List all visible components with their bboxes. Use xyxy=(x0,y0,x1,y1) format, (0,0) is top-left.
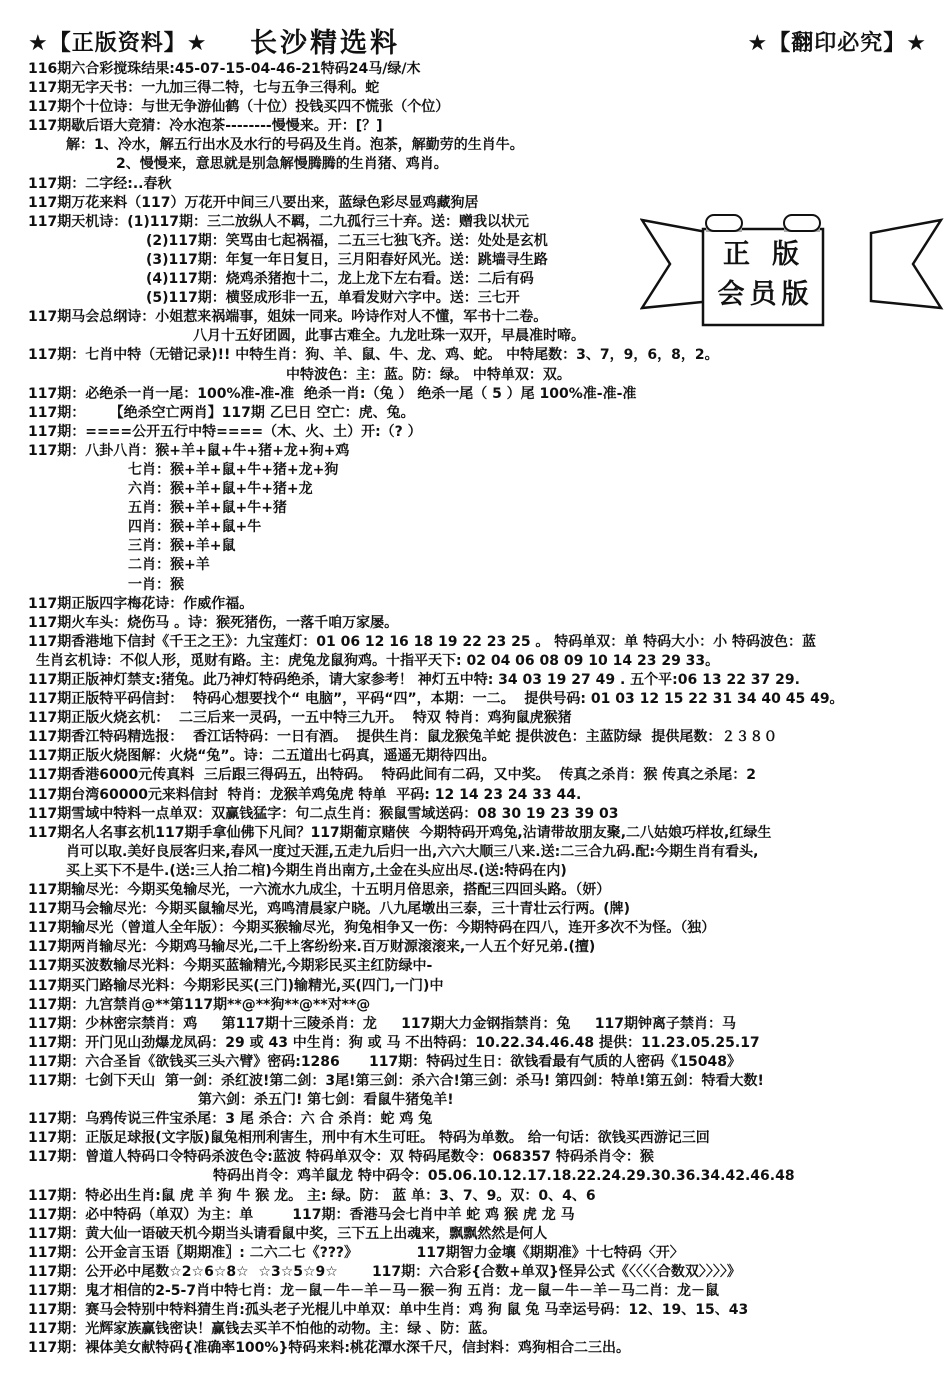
content-line: 117期两肖输尽光：今期鸡马输尽光,二千上客纷纷来.百万财源滚滚来,一人五个好兄… xyxy=(28,938,947,957)
content-line: 117期： 【绝杀空亡两肖】117期 乙巳日 空亡：虎、兔。 xyxy=(28,404,947,423)
content-line: 四肖：猴+羊+鼠+牛 xyxy=(28,518,947,537)
page-title: 长沙精选料 xyxy=(250,21,400,60)
content-line: 117期：公开必中尾数☆2☆6☆8☆ ☆3☆5☆9☆ 117期：六合彩{合数+单… xyxy=(28,1263,947,1282)
content-line: 117期：乌鸦传说三件宝杀尾：3 尾 杀合：六 合 杀肖：蛇 鸡 兔 xyxy=(28,1110,947,1129)
content-line: 八月十五好团圆，此事古难全。九龙吐珠一双开，早晨准时啼。 xyxy=(28,327,947,346)
content-line: 117期个十位诗：与世无争游仙鹤（十位）投钱买四不慌张（个位） xyxy=(28,98,947,117)
content-line: 117期：必绝杀一肖一尾：100%准-准-准 绝杀一肖:（兔 ） 绝杀一尾（ 5… xyxy=(28,385,947,404)
content-line: 117期：少林密宗禁肖：鸡 第117期十三陵杀肖：龙 117期大力金钢指禁肖：兔… xyxy=(28,1015,947,1034)
content-line: 117期：曾道人特码口令特码杀波色令:蓝波 特码单双令：双 特码尾数令：0683… xyxy=(28,1148,947,1167)
content-line: 117期香江特码精选报： 香江话特码：一日有酒。 提供生肖：鼠龙猴兔羊蛇 提供波… xyxy=(28,728,947,747)
content-line: 117期正版火烧图解：火烧“兔”。诗：二五道出七码真，遥遥无期待四出。 xyxy=(28,747,947,766)
content-line: 五肖：猴+羊+鼠+牛+猪 xyxy=(28,499,947,518)
content-line: 六肖：猴+羊+鼠+牛+猪+龙 xyxy=(28,480,947,499)
content-line: 肖可以取.美好良辰客归来,春风一度过天涯,五走九后归一出,六六大顺三八来.送:二… xyxy=(28,843,947,862)
content-line: 三肖：猴+羊+鼠 xyxy=(28,537,947,556)
content-line: 117期输尽光：今期买兔输尽光，一六流水九成尘，十五明月倍思亲，搭配三四回头路。… xyxy=(28,881,947,900)
content-line: 117期买波数输尽光料：今期买蓝输精光,今期彩民买主红防绿中- xyxy=(28,957,947,976)
banner-text: 正版 会员版 xyxy=(703,235,823,325)
content-line: 117期：赛马会特别中特料猜生肖:孤头老子光棍儿中单双：单中生肖：鸡 狗 鼠 兔… xyxy=(28,1301,947,1320)
content-line: 117期万花来料（117）万花开中间三八要出来，蓝绿色彩尽显鸡藏狗居 xyxy=(28,194,947,213)
content-line: 117期输尽光（曾道人全年版）：今期买猴输尽光，狗兔相争又一伤：今期特码在四八，… xyxy=(28,919,947,938)
content-line: 一肖：猴 xyxy=(28,576,947,595)
content-line: 117期香港地下信封《千王之王》：九宝莲灯：01 06 12 16 18 19 … xyxy=(28,633,947,652)
content-line: 117期：====公开五行中特====（木、火、土）开:（? ） xyxy=(28,423,947,442)
content-line: 117期台湾60000元来料信封 特肖：龙猴羊鸡兔虎 特单 平码: 12 14 … xyxy=(28,786,947,805)
page: ★【正版资料】★ 长沙精选料 ★【翻印必究】★ 116期六合彩搅珠结果:45-0… xyxy=(0,0,947,1388)
ribbon-right-wing xyxy=(871,220,941,308)
content-line: 117期名人名事玄机117期手拿仙佛下凡间？117期葡京赌侠 今期特码开鸡兔,沾… xyxy=(28,824,947,843)
content-line: 买上买下不是牛.(送:三人抬二棺)今期生肖出南方,土金在头应出尽.(送:特码在内… xyxy=(28,862,947,881)
content-line: 117期马会输尽光：今期买鼠输尽光，鸡鸣清晨家户晓。八九尾墩出三泰，三十青壮云行… xyxy=(28,900,947,919)
content-line: 117期：公开金言玉语〖期期准〗: 二六二七《???》 117期智力金壤《期期准… xyxy=(28,1244,947,1263)
content-line: 2、慢慢来，意思就是别急解慢腾腾的生肖猪、鸡肖。 xyxy=(28,155,947,174)
content-line: 117期：必中特码（单双）为主：单 117期：香港马会七肖中羊 蛇 鸡 猴 虎 … xyxy=(28,1206,947,1225)
content-line: 117期正版四字梅花诗：作威作福。 xyxy=(28,595,947,614)
content-line: 117期：鬼才相信的2-5-7肖中特七肖：龙－鼠－牛－羊－马－猴－狗 五肖：龙－… xyxy=(28,1282,947,1301)
content-line: 特码出肖令：鸡羊鼠龙 特中码令：05.06.10.12.17.18.22.24.… xyxy=(28,1167,947,1186)
content-line: 117期：二字经:..春秋 xyxy=(28,175,947,194)
content-line: 第六剑：杀五门! 第七剑：看鼠牛猪兔羊! xyxy=(28,1091,947,1110)
scroll-curl-left xyxy=(706,215,742,231)
content-line: 117期正版火烧玄机： 二三后来一灵码，一五中特三九开。 特双 特肖：鸡狗鼠虎猴… xyxy=(28,709,947,728)
content-line: 117期：正版足球报(文字版)鼠兔相刑利害生，刑中有木生可旺。 特码为单数。 给… xyxy=(28,1129,947,1148)
content-line: 117期：开门见山劲爆龙凤码：29 或 43 中生肖：狗 或 马 不出特码：10… xyxy=(28,1034,947,1053)
right-badge: ★【翻印必究】★ xyxy=(748,26,927,57)
member-edition-banner: 正版 会员版 xyxy=(640,213,945,328)
content-line: 117期：九宫禁肖@**第117期**@**狗**@**对**@ xyxy=(28,996,947,1015)
content-line: 解：1、冷水，解五行出水及水行的号码及生肖。泡茶，解勤劳的生肖牛。 xyxy=(28,136,947,155)
content-line: 生肖玄机诗：不似人形，觅财有路。主：虎兔龙鼠狗鸡。十指平天下: 02 04 06… xyxy=(28,652,947,671)
content-line: 117期正版特平码信封： 特码心想要找个“ 电脑”，平码“四”，本期：一二。 提… xyxy=(28,690,947,709)
content-line: 七肖：猴+羊+鼠+牛+猪+龙+狗 xyxy=(28,461,947,480)
content-line: 二肖：猴+羊 xyxy=(28,556,947,575)
page-header: ★【正版资料】★ 长沙精选料 ★【翻印必究】★ xyxy=(0,0,947,58)
content-line: 117期：裸体美女献特码{准确率100%}特码来料:桃花潭水深千尺，信封料：鸡狗… xyxy=(28,1339,947,1358)
content-line: 117期：八卦八肖：猴+羊+鼠+牛+猪+龙+狗+鸡 xyxy=(28,442,947,461)
content-line: 中特波色：主：蓝。防：绿。 中特单双：双。 xyxy=(28,366,947,385)
banner-line2: 会员版 xyxy=(703,275,823,315)
content-line: 117期：特必出生肖:鼠 虎 羊 狗 牛 猴 龙。 主: 绿。防： 蓝 单：3、… xyxy=(28,1187,947,1206)
banner-line1: 正版 xyxy=(703,235,823,275)
content-line: 117期：光辉家族赢钱密诀！赢钱去买羊不怕他的动物。主：绿 、防：蓝。 xyxy=(28,1320,947,1339)
content-line: 117期火车头：烧伤马 。诗：猴死猪伤，一落千咱万家屡。 xyxy=(28,614,947,633)
ribbon-left-wing xyxy=(642,220,712,308)
content-line: 117期：六合圣旨《欲钱买三头六臂》密码:1286 117期：特码过生日：欲钱看… xyxy=(28,1053,947,1072)
left-badge: ★【正版资料】★ xyxy=(28,26,207,57)
content-line: 117期雪域中特料一点单双：双赢钱猛字：句二点生肖：猴鼠雪域送码：08 30 1… xyxy=(28,805,947,824)
content-line: 117期：黄大仙一语破天机今期当头请看鼠中奖，三下五上出魂来，飘飘然然是何人 xyxy=(28,1225,947,1244)
scroll-curl-right xyxy=(784,215,820,231)
content-line: 117期：七剑下天山 第一剑：杀红波!第二剑：3尾!第三剑：杀六合!第三剑：杀马… xyxy=(28,1072,947,1091)
content-line: 117期无字天书：一九加三得二特，七与五争三得利。蛇 xyxy=(28,79,947,98)
content-line: 117期香港6000元传真料 三后跟三得码五，出特码。 特码此间有二码，又中奖。… xyxy=(28,766,947,785)
content-line: 116期六合彩搅珠结果:45-07-15-04-46-21特码24马/绿/木 xyxy=(28,60,947,79)
content-line: 117期：七肖中特（无错记录)!! 中特生肖：狗、羊、鼠、牛、龙、鸡、蛇。 中特… xyxy=(28,346,947,365)
content-line: 117期歇后语大竞猜：冷水泡茶--------慢慢来。开：[？] xyxy=(28,117,947,136)
content-line: 117期买门路输尽光料：今期彩民买(三门)输精光,买(四门,一门)中 xyxy=(28,977,947,996)
content-line: 117期正版神灯禁支:猪兔。此乃神灯特码绝杀，请大家参考！ 神灯五中特: 34 … xyxy=(28,671,947,690)
